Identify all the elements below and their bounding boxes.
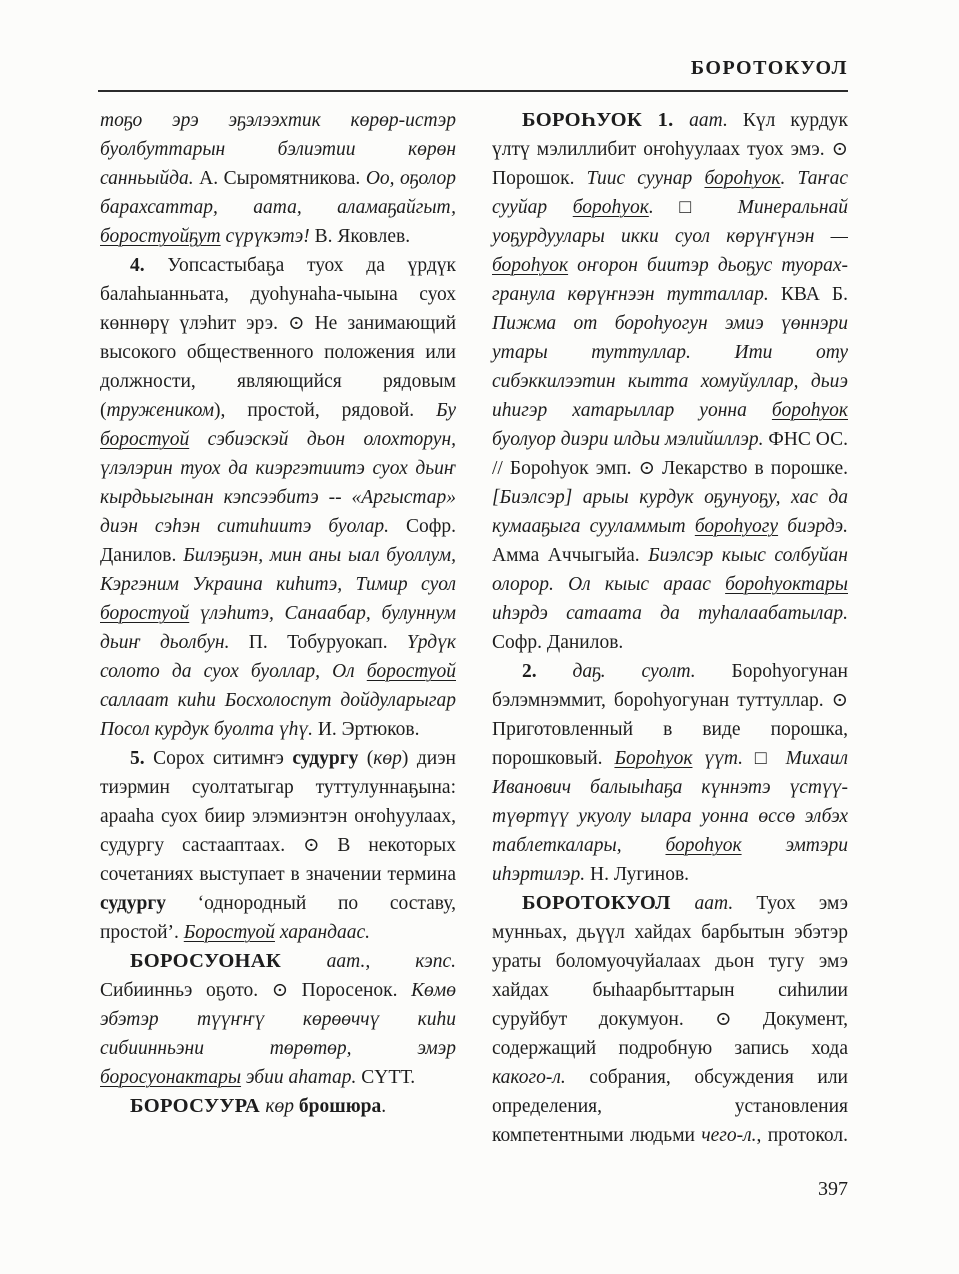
headword: БОРОСУУРА <box>130 1095 265 1117</box>
text-run: бороһуок <box>666 835 742 856</box>
text-run: аат. <box>689 110 728 131</box>
paragraph-continuation: тоҕо эрэ эҕэлээхтик көрөр-истэр буолбутт… <box>100 106 456 251</box>
text-run: какого-л. <box>492 1067 566 1088</box>
text-run: үүт. <box>692 748 743 769</box>
text-run: Туох эмэ мунньах, дьүүл хайдах барбытын … <box>492 893 848 1059</box>
dictionary-page: БОРОТОКУОЛ тоҕо эрэ эҕэлээхтик көрөр-ист… <box>0 0 959 1274</box>
text-run: боростуой <box>367 661 456 682</box>
entry-borosuura: БОРОСУУРА көр брошюра. <box>100 1092 456 1121</box>
running-header-title: БОРОТОКУОЛ <box>691 57 848 79</box>
running-header: БОРОТОКУОЛ <box>100 57 848 80</box>
text-run: □ <box>654 197 738 218</box>
page-number-container: 397 <box>100 1178 848 1201</box>
entry-borohuok-sense-2: 2. даҕ. суолт. Бороһуогунан бэлэмнэммит,… <box>492 657 848 889</box>
text-run: боросуонактары <box>100 1067 241 1088</box>
text-run: бороһуок <box>704 168 780 189</box>
text-run: 2. <box>522 661 572 682</box>
text-run: А. Сыромятникова. <box>199 168 366 189</box>
text-run: судургу <box>292 748 358 769</box>
text-run: биэрдэ. <box>778 516 848 537</box>
text-run: тружеником <box>107 400 215 421</box>
text-run: харандаас. <box>275 922 370 943</box>
text-run: буолуор диэри илдьи мэлийиллэр. <box>492 429 768 450</box>
text-run: Амма Аччыгыйа. <box>492 545 648 566</box>
text-run: И. Эртюков. <box>318 719 420 740</box>
text-run: аат., кэпс. <box>327 951 456 972</box>
text-run: КВА Б. <box>781 284 848 305</box>
entry-borostuoj-sense-4: 4. Уопсастыбаҕа туох да үрдүк балаһыаннь… <box>100 251 456 744</box>
text-run: Бороһуок <box>614 748 692 769</box>
text-run: бороһуок <box>492 255 568 276</box>
text-run: 5. <box>130 748 153 769</box>
text-run: СҮТТ. <box>361 1067 415 1088</box>
text-run: бороһуогу <box>695 516 778 537</box>
entry-borosuonak: БОРОСУОНАК аат., кэпс. Сибиинньэ оҕото. … <box>100 947 456 1092</box>
text-run: эбии аһатар. <box>241 1067 361 1088</box>
text-run: Уопсастыбаҕа туох да үрдүк балаһыанньата… <box>100 255 456 421</box>
entry-borostuoj-sense-5: 5. Сорох ситимҥэ судургу (көр) диэн тиэр… <box>100 744 456 947</box>
text-run: көр <box>373 748 402 769</box>
text-run: 4. <box>130 255 167 276</box>
text-run: даҕ. суолт. <box>572 661 695 682</box>
text-run: брошюра <box>299 1096 381 1117</box>
text-run: В. Яковлев. <box>315 226 410 247</box>
text-run: бороһуок <box>772 400 848 421</box>
text-run: Тиис суунар <box>587 168 705 189</box>
dictionary-text: тоҕо эрэ эҕэлээхтик көрөр-истэр буолбутт… <box>100 106 848 1168</box>
text-run: чего-л. <box>701 1125 756 1146</box>
headword: БОРОТОКУОЛ <box>522 892 695 914</box>
headword: БОРОҺУОК 1. <box>522 109 689 131</box>
text-run: Софр. Данилов. <box>492 632 623 653</box>
text-run: аат. <box>695 893 734 914</box>
text-run: боростуойҕут <box>100 226 221 247</box>
text-run: көр <box>265 1096 299 1117</box>
text-run: Боростуой <box>184 922 275 943</box>
text-run: бороһуоктары <box>725 574 848 595</box>
text-run: , протокол. <box>757 1125 848 1146</box>
header-rule <box>98 90 848 92</box>
text-run: П. Тобуруокап. <box>249 632 407 653</box>
text-run: ( <box>358 748 373 769</box>
text-run: бороһуок <box>573 197 649 218</box>
entry-borohuok-sense-1: БОРОҺУОК 1. аат. Күл курдук үлтү мэлилли… <box>492 106 848 657</box>
text-run: Сибиинньэ оҕото. ⊙ Поросенок. <box>100 980 411 1001</box>
text-run: Н. Лугинов. <box>590 864 689 885</box>
text-run: ), простой, рядовой. <box>214 400 436 421</box>
text-run: Сорох ситимҥэ <box>153 748 292 769</box>
text-run: боростуой <box>100 429 189 450</box>
text-run: . <box>381 1096 386 1117</box>
text-run: сүрүкэтэ! <box>221 226 315 247</box>
text-run: иһэрдэ сатаата да туһалаабатылар. <box>492 603 848 624</box>
headword: БОРОСУОНАК <box>130 950 327 972</box>
page-number: 397 <box>818 1178 848 1200</box>
text-run: Бу <box>436 400 456 421</box>
text-run: судургу <box>100 893 166 914</box>
text-run: □ <box>743 748 786 769</box>
text-run: боростуой <box>100 603 189 624</box>
